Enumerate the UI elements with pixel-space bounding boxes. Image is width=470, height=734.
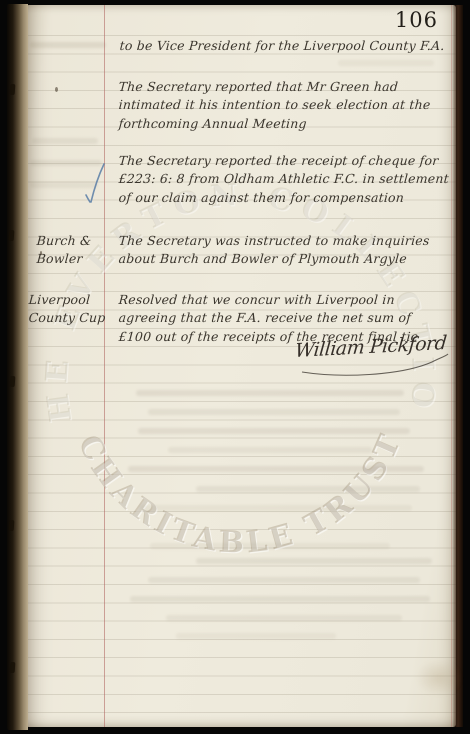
scanned-minute-book-page: { "page": { "number": "106" }, "entries"… xyxy=(0,0,470,734)
binding-stitch xyxy=(10,376,16,387)
handwritten-line: £223: 6: 8 from Oldham Athletic F.C. in … xyxy=(118,170,450,188)
handwritten-line: The Secretary was instructed to make inq… xyxy=(118,232,430,250)
red-margin-line xyxy=(104,5,105,727)
binding-stitch xyxy=(10,662,16,673)
tick-mark-icon xyxy=(82,161,108,205)
page-number: 106 xyxy=(386,8,438,32)
handwritten-line: Resolved that we concur with Liverpool i… xyxy=(118,291,419,309)
page-edge-shadow xyxy=(452,5,463,727)
handwritten-line: forthcoming Annual Meeting xyxy=(118,115,431,133)
handwritten-line: of our claim against them for compensati… xyxy=(118,189,450,207)
margin-note-line: Burch & xyxy=(36,232,92,250)
handwritten-line: intimated it his intention to seek elect… xyxy=(118,96,431,114)
margin-note-line: County Cup xyxy=(28,309,106,327)
minute-entry-2: The Secretary reported that Mr Green had… xyxy=(118,78,430,133)
minute-entry-1: to be Vice President for the Liverpool C… xyxy=(119,37,444,55)
margin-note-burch-bowler: Burch & Bowler xyxy=(36,232,91,269)
binding-stitch xyxy=(10,84,16,95)
binding-stitch xyxy=(9,230,15,241)
handwritten-line: about Burch and Bowler of Plymouth Argyl… xyxy=(118,250,430,268)
handwritten-line: agreeing that the F.A. receive the net s… xyxy=(118,309,419,327)
binding-stitch xyxy=(9,520,15,531)
page-speck xyxy=(40,251,42,255)
page-speck xyxy=(55,87,58,92)
book-binding-edge xyxy=(7,4,28,730)
minute-entry-4: The Secretary was instructed to make inq… xyxy=(118,232,429,269)
margin-note-line: Bowler xyxy=(36,250,92,268)
margin-note-liverpool-county-cup: Liverpool County Cup xyxy=(28,291,105,328)
handwritten-line: to be Vice President for the Liverpool C… xyxy=(119,37,445,55)
ruled-lines xyxy=(26,35,456,723)
minute-entry-3: The Secretary reported the receipt of ch… xyxy=(118,152,448,207)
handwritten-line: The Secretary reported that Mr Green had xyxy=(118,78,431,96)
margin-note-line: Liverpool xyxy=(28,291,106,309)
page-stain xyxy=(416,660,462,696)
handwritten-line: The Secretary reported the receipt of ch… xyxy=(118,152,450,170)
